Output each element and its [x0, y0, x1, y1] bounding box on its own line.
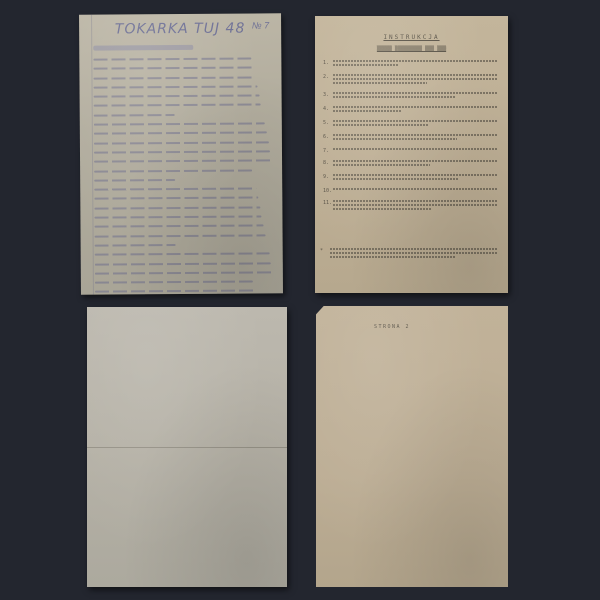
list-item: 1.: [323, 60, 498, 68]
item-number: 7.: [323, 148, 333, 154]
list-item: 2.: [323, 74, 498, 86]
blank-document: [87, 307, 287, 587]
handwritten-line: [95, 281, 253, 284]
handwritten-line: [95, 271, 273, 274]
page-two-document: STRONA 2: [316, 306, 508, 587]
item-number: 10.: [323, 188, 333, 194]
handwritten-line: [94, 114, 175, 117]
list-item: 5.: [323, 120, 498, 128]
item-number: 2.: [323, 74, 333, 86]
handwritten-line: [94, 122, 265, 125]
numbered-list: 1.2.3.4.5.6.7.8.9.10.11.: [323, 60, 498, 218]
fold-crease: [87, 447, 287, 448]
handwritten-line: [94, 132, 267, 135]
handwritten-line: [95, 262, 271, 265]
item-number: 9.: [323, 174, 333, 182]
item-number: 11.: [323, 200, 333, 212]
handwritten-text-block: [93, 57, 275, 294]
handwritten-line: [94, 197, 258, 200]
handwritten-line: [94, 141, 269, 144]
item-number: 6.: [323, 134, 333, 142]
document-heading: INSTRUKCJA: [315, 34, 508, 41]
handwritten-line: [94, 169, 252, 172]
handwritten-line: [94, 104, 261, 107]
handwritten-subtitle: [93, 45, 193, 51]
handwritten-line: [95, 225, 264, 228]
list-item: 8.: [323, 160, 498, 168]
list-item: 7.: [323, 148, 498, 154]
list-item: 4.: [323, 106, 498, 114]
document-subheading: ▒▒▒▒▒ ▒▒▒▒▒▒▒▒▒ ▒▒▒ ▒▒▒: [315, 46, 508, 52]
list-item: 6.: [323, 134, 498, 142]
handwritten-line: [95, 244, 176, 247]
handwritten-line: [94, 150, 270, 153]
list-item: 11.: [323, 200, 498, 212]
handwritten-line: [93, 67, 253, 70]
footnote: *: [320, 248, 498, 266]
list-item: 10.: [323, 188, 498, 194]
handwritten-line: [94, 188, 256, 191]
handwritten-line: [93, 76, 255, 79]
item-number: 1.: [323, 60, 333, 68]
handwritten-line: [94, 160, 272, 163]
handwritten-line: [94, 95, 260, 98]
handwritten-line: [95, 290, 255, 293]
typewritten-document: INSTRUKCJA ▒▒▒▒▒ ▒▒▒▒▒▒▒▒▒ ▒▒▒ ▒▒▒ 1.2.3…: [315, 16, 508, 293]
handwritten-line: [95, 234, 266, 237]
handwritten-line: [93, 58, 251, 61]
document-number: № 7: [252, 20, 269, 30]
list-item: 3.: [323, 92, 498, 100]
item-number: 4.: [323, 106, 333, 114]
handwritten-line: [94, 179, 175, 182]
item-number: 8.: [323, 160, 333, 168]
handwritten-document: TOKARKA TUJ 48 № 7: [79, 13, 283, 294]
item-number: 5.: [323, 120, 333, 128]
handwritten-line: [94, 215, 261, 218]
handwritten-line: [94, 206, 260, 209]
handwritten-line: [95, 253, 270, 256]
handwritten-line: [94, 85, 258, 88]
page-marker: STRONA 2: [316, 324, 508, 330]
item-number: 3.: [323, 92, 333, 100]
list-item: 9.: [323, 174, 498, 182]
